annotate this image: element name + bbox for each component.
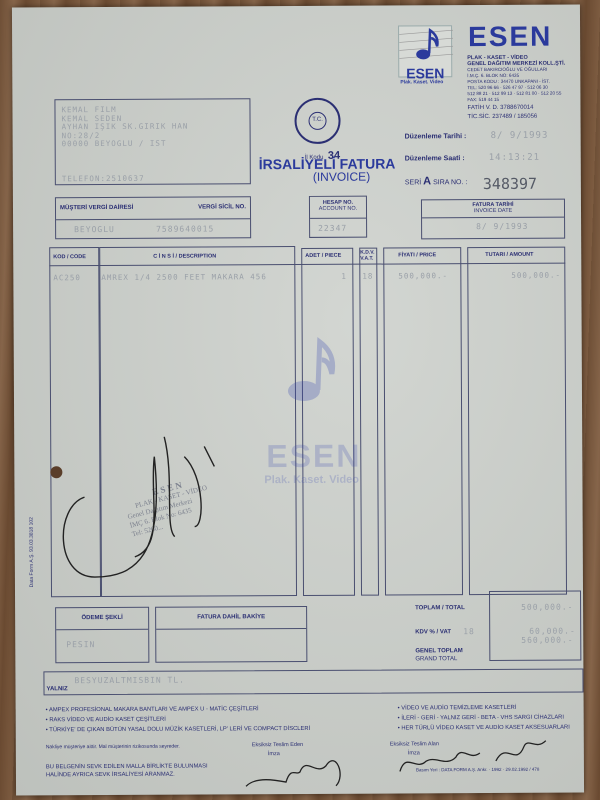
total-value: 500,000.- xyxy=(521,603,573,612)
official-seal: T.C. xyxy=(294,98,340,144)
invoice-date-label-2: INVOICE DATE xyxy=(422,208,564,215)
account-label-2: ACCOUNT NO. xyxy=(310,206,366,212)
shipping-note: Nakliye müşteriye aittir. Mal müşterinin… xyxy=(46,744,180,751)
music-note-watermark-icon xyxy=(284,336,344,406)
tax-number-value: 7589640015 xyxy=(156,224,214,233)
document-subtitle: (INVOICE) xyxy=(313,170,370,184)
issue-date-value: 8/ 9/1993 xyxy=(491,131,549,141)
company-line: FAX: 519 44 15 xyxy=(467,97,577,104)
footer-products-left: • AMPEX PROFESİONAL MAKARA BANTLARI VE A… xyxy=(46,704,311,735)
tax-office-value: BEYOGLU xyxy=(74,225,115,234)
col-piece xyxy=(301,248,355,596)
col-price xyxy=(383,247,463,595)
trade-registry-info: TİC.SİC. 237489 / 185056 xyxy=(468,114,538,120)
side-print-text: Data Form A.Ş. 93.03.3818 102 xyxy=(29,517,35,587)
company-title: ESEN xyxy=(468,21,552,53)
customer-address: KEMAL FILM KEMAL SEDEN AYHAN IŞIK SK.GIR… xyxy=(61,106,188,149)
invoice-date-value: 8/ 9/1993 xyxy=(476,222,528,231)
col-amount xyxy=(467,247,567,596)
amount-in-words-box: BESYUZALTMISBIN TL. YALNIZ xyxy=(43,669,583,696)
customer-address-box: KEMAL FILM KEMAL SEDEN AYHAN IŞIK SK.GIR… xyxy=(54,98,250,185)
issue-time-label: Düzenleme Saati : xyxy=(405,155,465,162)
amount-in-words-label: YALNIZ xyxy=(46,686,67,692)
watermark-subtitle: Plak. Kaset. Video xyxy=(264,474,359,486)
punch-hole xyxy=(50,466,62,478)
issue-time-value: 14:13:21 xyxy=(489,153,540,163)
header-piece: ADET / PIECE xyxy=(305,253,341,259)
header-price: FİYATI / PRICE xyxy=(398,252,436,258)
delivered-by-signature xyxy=(236,746,356,792)
header-vat: K.D.V. V.A.T. xyxy=(360,250,376,262)
row-price: 500,000.- xyxy=(398,271,448,280)
payment-method-label: ÖDEME ŞEKLİ xyxy=(81,615,122,621)
received-by-signature xyxy=(396,731,556,777)
header-description: C İ N S İ / DESCRIPTION xyxy=(153,253,216,259)
row-code: AC250 xyxy=(53,273,81,282)
row-amount: 500,000.- xyxy=(511,271,561,280)
header-amount: TUTARI / AMOUNT xyxy=(485,252,533,258)
serial-post: SIRA NO. : xyxy=(433,179,467,186)
vat-label: KDV % / VAT xyxy=(415,629,451,635)
issue-date-label: Düzenleme Tarihi : xyxy=(405,133,467,140)
handwritten-signature xyxy=(54,436,255,587)
logo-text: ESEN xyxy=(399,67,451,79)
legal-notice: BU BELGENİN SEVK EDİLEN MALLA BİRLİKTE B… xyxy=(46,762,226,779)
balance-box: FATURA DAHİL BAKİYE xyxy=(155,606,307,663)
invoice-date-box: FATURA TARİHİ INVOICE DATE 8/ 9/1993 xyxy=(421,199,565,240)
serial-pre: SERİ xyxy=(405,179,421,186)
company-address: PLAK - KASET - VİDEO GENEL DAĞITIM MERKE… xyxy=(467,55,577,104)
account-box: HESAP NO. ACCOUNT NO. 22347 xyxy=(309,196,367,238)
amount-in-words-value: BESYUZALTMISBIN TL. xyxy=(74,676,185,686)
footer-products-right: • VİDEO VE AUDİO TEMİZLEME KASETLERİ • İ… xyxy=(398,703,570,734)
payment-method-value: PESIN xyxy=(66,640,95,649)
row-piece: 1 xyxy=(341,272,347,281)
invoice-paper: ESEN Plak. Kaset. Video ESEN PLAK - KASE… xyxy=(12,5,584,796)
customer-line: 00000 BEYOGLU / IST xyxy=(62,140,189,149)
vat-rate: 18 xyxy=(463,627,475,636)
footer-bullet: • TÜRKİYE' DE ÇIKAN BÜTÜN YASAL DOLU MÜZ… xyxy=(46,724,310,735)
tax-office-label: MÜŞTERİ VERGİ DAİRESİ xyxy=(60,205,133,211)
tax-office-info: FATİH V. D. 3788670014 xyxy=(467,105,533,111)
row-vat: 18 xyxy=(362,272,373,281)
customer-phone: TELEFON:2510637 xyxy=(62,174,145,183)
payment-method-header: ÖDEME ŞEKLİ xyxy=(56,608,148,630)
vat-value: 60,000.- xyxy=(529,627,576,636)
watermark-text: ESEN xyxy=(266,438,361,475)
balance-header: FATURA DAHİL BAKİYE xyxy=(156,607,306,630)
seal-inner: T.C. xyxy=(308,112,326,130)
tax-header: MÜŞTERİ VERGİ DAİRESİ VERGİ SİCİL NO. xyxy=(56,197,250,220)
balance-label: FATURA DAHİL BAKİYE xyxy=(197,614,265,620)
col-vat xyxy=(359,248,379,596)
logo-subtitle: Plak. Kaset. Video xyxy=(400,79,443,85)
music-note-icon xyxy=(399,26,453,62)
grand-total-value: 560,000.- xyxy=(521,636,573,645)
company-logo: ESEN xyxy=(398,25,452,77)
invoice-date-header: FATURA TARİHİ INVOICE DATE xyxy=(422,200,564,219)
seal-text: T.C. xyxy=(312,117,323,123)
grand-total-label-2: GRAND TOTAL xyxy=(415,656,457,662)
tax-office-box: MÜŞTERİ VERGİ DAİRESİ VERGİ SİCİL NO. BE… xyxy=(55,196,251,239)
grand-total-label-1: GENEL TOPLAM xyxy=(415,648,462,654)
total-label: TOPLAM / TOTAL xyxy=(415,605,465,611)
serial-letter: A xyxy=(423,175,431,187)
header-code: KOD / CODE xyxy=(53,254,86,260)
row-description: AMREX 1/4 2500 FEET MAKARA 456 xyxy=(101,272,267,282)
account-header: HESAP NO. ACCOUNT NO. xyxy=(310,197,366,219)
account-value: 22347 xyxy=(318,224,347,233)
payment-method-box: ÖDEME ŞEKLİ PESIN xyxy=(55,607,149,663)
tax-number-label: VERGİ SİCİL NO. xyxy=(198,204,246,210)
serial-label: SERİ A SIRA NO. : xyxy=(405,175,467,187)
serial-number: 348397 xyxy=(483,175,537,193)
